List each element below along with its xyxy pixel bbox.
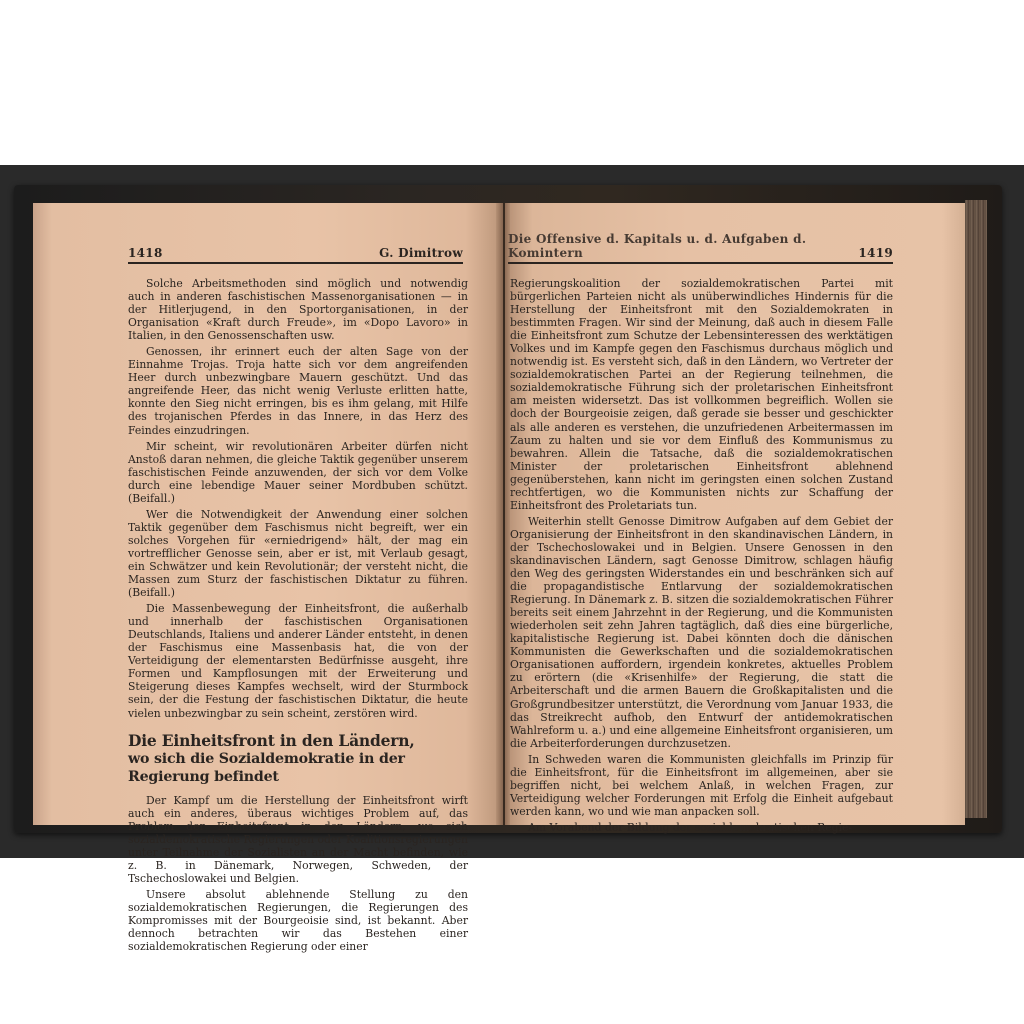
paragraph: Weiterhin stellt Genosse Dimitrow Aufgab… xyxy=(510,515,893,750)
right-page: Die Offensive d. Kapitals u. d. Aufgaben… xyxy=(505,203,965,825)
running-head-title: G. Dimitrow xyxy=(379,246,463,260)
paragraph: Solche Arbeitsmethoden sind möglich und … xyxy=(128,277,468,342)
paragraph: Genossen, ihr erinnert euch der alten Sa… xyxy=(128,345,468,436)
paragraph: Regierungskoalition der sozialdemokratis… xyxy=(510,277,893,512)
page-block-edges xyxy=(965,200,987,818)
section-heading: Die Einheitsfront in den Ländern, wo sic… xyxy=(128,732,468,786)
paragraph: Die Massenbewegung der Einheitsfront, di… xyxy=(128,602,468,719)
paragraph: Unsere absolut ablehnende Stellung zu de… xyxy=(128,888,468,953)
left-body-text: Solche Arbeitsmethoden sind möglich und … xyxy=(128,277,468,956)
running-head-title: Die Offensive d. Kapitals u. d. Aufgaben… xyxy=(508,232,858,260)
paragraph: Der Kampf um die Herstellung der Einheit… xyxy=(128,794,468,885)
page-number: 1418 xyxy=(128,246,163,260)
right-body-text: Regierungskoalition der sozialdemokratis… xyxy=(510,277,893,837)
paragraph: Am Vorabend der Bildung der sozialdemokr… xyxy=(510,821,893,834)
paragraph: In Schweden waren die Kommunisten gleich… xyxy=(510,753,893,818)
paragraph: Mir scheint, wir revolutionären Arbeiter… xyxy=(128,440,468,505)
section-heading-line-2: wo sich die Sozialdemokratie in der Regi… xyxy=(128,750,468,786)
left-page: 1418 G. Dimitrow Solche Arbeitsmethoden … xyxy=(33,203,503,825)
left-running-head: 1418 G. Dimitrow xyxy=(128,244,463,264)
book-gutter xyxy=(496,203,510,825)
right-running-head: Die Offensive d. Kapitals u. d. Aufgaben… xyxy=(508,244,893,264)
section-heading-line-1: Die Einheitsfront in den Ländern, xyxy=(128,732,468,750)
paragraph: Wer die Notwendigkeit der Anwendung eine… xyxy=(128,508,468,599)
page-number: 1419 xyxy=(858,246,893,260)
